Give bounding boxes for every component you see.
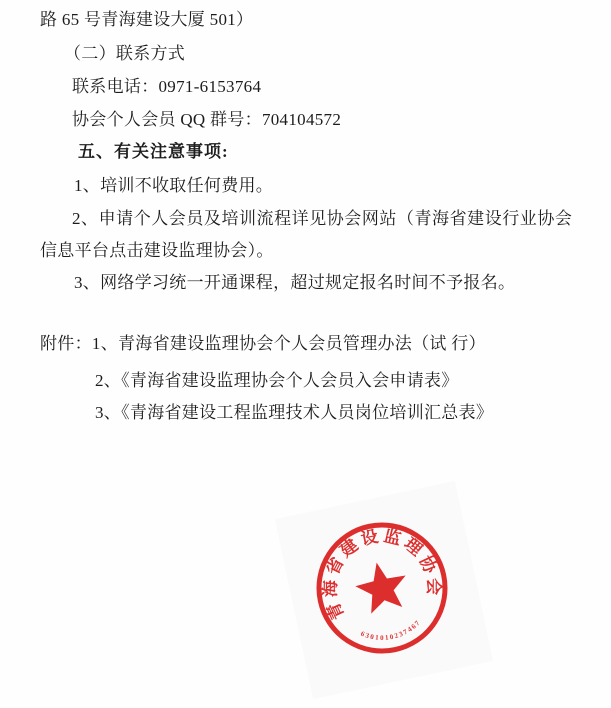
- attachment-line-1: 附件：1、青海省建设监理协会个人会员管理办法（试 行）: [40, 333, 486, 354]
- doc-line-note-1: 1、培训不收取任何费用。: [74, 175, 273, 196]
- doc-line-qq-group: 协会个人会员 QQ 群号：704104572: [72, 109, 341, 130]
- doc-line-note-3: 3、网络学习统一开通课程，超过规定报名时间不予报名。: [74, 272, 515, 293]
- doc-line-address-tail: 路 65 号青海建设大厦 501）: [40, 9, 253, 30]
- attachment-line-3: 3、《青海省建设工程监理技术人员岗位培训汇总表》: [95, 402, 493, 423]
- doc-line-note-2b: 信息平台点击建设监理协会）。: [40, 240, 274, 261]
- star-icon: [351, 557, 411, 615]
- doc-line-phone: 联系电话：0971-6153764: [72, 76, 261, 97]
- official-seal: 青海省建设监理协会 6301010237467: [287, 493, 477, 683]
- doc-line-note-2a: 2、申请个人会员及培训流程详见协会网站（青海省建设行业协会: [72, 208, 572, 229]
- seal-graphic: 青海省建设监理协会 6301010237467: [287, 493, 477, 683]
- attachment-line-2: 2、《青海省建设监理协会个人会员入会申请表》: [95, 370, 459, 391]
- doc-heading-notes: 五、有关注意事项:: [78, 141, 229, 162]
- document-page: 路 65 号青海建设大厦 501） （二）联系方式 联系电话：0971-6153…: [0, 0, 611, 708]
- doc-line-contact-heading: （二）联系方式: [64, 43, 185, 64]
